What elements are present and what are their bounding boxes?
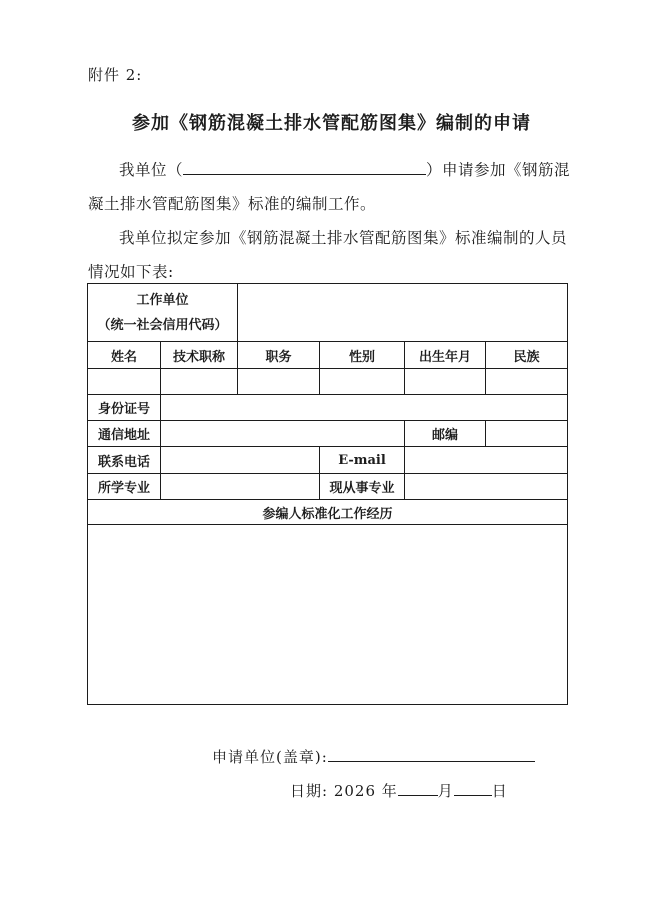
major-label: 所学专业 bbox=[88, 474, 161, 500]
name-value-cell[interactable] bbox=[88, 369, 161, 395]
tech-title-value-cell[interactable] bbox=[161, 369, 238, 395]
day-blank[interactable] bbox=[454, 781, 492, 796]
document-title: 参加《钢筋混凝土排水管配筋图集》编制的申请 bbox=[0, 109, 649, 135]
position-value-cell[interactable] bbox=[238, 369, 320, 395]
intro-line1-after: ）申请参加《钢筋混 bbox=[426, 161, 570, 179]
date-label: 日期: 2026 年 bbox=[290, 782, 398, 800]
address-row: 通信地址 邮编 bbox=[88, 421, 568, 447]
col-header-tech-title: 技术职称 bbox=[161, 342, 238, 369]
col-header-birthdate: 出生年月 bbox=[405, 342, 486, 369]
experience-value-cell[interactable] bbox=[88, 525, 568, 705]
month-blank[interactable] bbox=[398, 781, 438, 796]
email-value-cell[interactable] bbox=[405, 447, 568, 474]
current-major-label: 现从事专业 bbox=[320, 474, 405, 500]
current-major-value-cell[interactable] bbox=[405, 474, 568, 500]
ethnicity-value-cell[interactable] bbox=[486, 369, 568, 395]
phone-label: 联系电话 bbox=[88, 447, 161, 474]
major-value-cell[interactable] bbox=[161, 474, 320, 500]
credit-code-label: （统一社会信用代码） bbox=[88, 313, 237, 338]
address-label: 通信地址 bbox=[88, 421, 161, 447]
col-header-gender: 性别 bbox=[320, 342, 405, 369]
experience-value-row bbox=[88, 525, 568, 705]
intro-paragraphs: 我单位（）申请参加《钢筋混 凝土排水管配筋图集》标准的编制工作。 我单位拟定参加… bbox=[88, 153, 590, 289]
attachment-label: 附件 2: bbox=[88, 64, 142, 85]
intro-line-2: 凝土排水管配筋图集》标准的编制工作。 bbox=[88, 187, 590, 221]
email-label: E-mail bbox=[320, 447, 405, 474]
phone-value-cell[interactable] bbox=[161, 447, 320, 474]
work-unit-label-cell: 工作单位 （统一社会信用代码） bbox=[88, 284, 238, 342]
work-unit-label: 工作单位 bbox=[88, 288, 237, 313]
major-row: 所学专业 现从事专业 bbox=[88, 474, 568, 500]
id-number-row: 身份证号 bbox=[88, 395, 568, 421]
applicant-info-table: 工作单位 （统一社会信用代码） 姓名 技术职称 职务 性别 出生年月 民族 身份… bbox=[87, 283, 568, 705]
applicant-seal-line: 申请单位(盖章): bbox=[212, 746, 535, 767]
work-unit-value-cell[interactable] bbox=[238, 284, 568, 342]
month-label: 月 bbox=[438, 782, 454, 800]
person-header-row: 姓名 技术职称 职务 性别 出生年月 民族 bbox=[88, 342, 568, 369]
experience-header-row: 参编人标准化工作经历 bbox=[88, 500, 568, 525]
unit-name-blank[interactable] bbox=[183, 160, 426, 176]
document-page: { "doc": { "attachment": "附件 2:", "title… bbox=[0, 0, 649, 907]
address-value-cell[interactable] bbox=[161, 421, 405, 447]
col-header-ethnicity: 民族 bbox=[486, 342, 568, 369]
seal-blank[interactable] bbox=[328, 747, 535, 762]
postcode-label: 邮编 bbox=[405, 421, 486, 447]
postcode-value-cell[interactable] bbox=[486, 421, 568, 447]
col-header-position: 职务 bbox=[238, 342, 320, 369]
seal-label: 申请单位(盖章): bbox=[212, 748, 328, 766]
birthdate-value-cell[interactable] bbox=[405, 369, 486, 395]
work-unit-row: 工作单位 （统一社会信用代码） bbox=[88, 284, 568, 342]
experience-title: 参编人标准化工作经历 bbox=[88, 500, 568, 525]
id-number-value-cell[interactable] bbox=[161, 395, 568, 421]
intro-line-1: 我单位（）申请参加《钢筋混 bbox=[88, 153, 590, 187]
date-line: 日期: 2026 年月日 bbox=[290, 780, 508, 801]
col-header-name: 姓名 bbox=[88, 342, 161, 369]
person-value-row bbox=[88, 369, 568, 395]
intro-line-3: 我单位拟定参加《钢筋混凝土排水管配筋图集》标准编制的人员 bbox=[88, 221, 590, 255]
gender-value-cell[interactable] bbox=[320, 369, 405, 395]
intro-line1-before: 我单位（ bbox=[119, 161, 183, 179]
phone-row: 联系电话 E-mail bbox=[88, 447, 568, 474]
day-label: 日 bbox=[492, 782, 508, 800]
id-number-label: 身份证号 bbox=[88, 395, 161, 421]
